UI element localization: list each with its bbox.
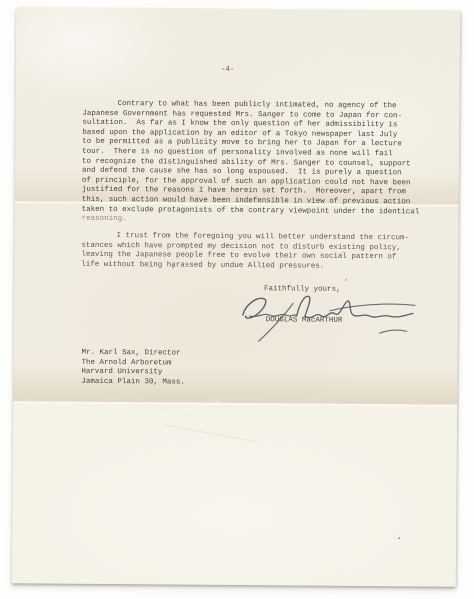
paper-speck — [398, 537, 400, 539]
paragraph-1: Contrary to what has been publicly intim… — [82, 100, 421, 227]
paper-bottom-panel — [12, 403, 457, 586]
letter-paper-sheet: -4- Contrary to what has been publicly i… — [12, 7, 461, 586]
scanned-letter-photo: -4- Contrary to what has been publicly i… — [0, 0, 474, 599]
recipient-address-block: Mr. Karl Sax, DirectorThe Arnold Arboret… — [81, 349, 185, 388]
typed-line: Mr. Karl Sax, Director — [82, 349, 186, 359]
page-number: -4- — [221, 66, 235, 76]
typed-sender-name: DOUGLAS MacARTHUR — [266, 316, 343, 326]
paper-speck — [345, 279, 347, 281]
typed-line: Harvard University — [81, 368, 185, 378]
fold-shadow-lower — [13, 365, 457, 404]
typed-line: Jamaica Plain 30, Mass. — [81, 378, 185, 388]
paragraph-2: I trust from the foregoing you will bett… — [81, 232, 409, 273]
